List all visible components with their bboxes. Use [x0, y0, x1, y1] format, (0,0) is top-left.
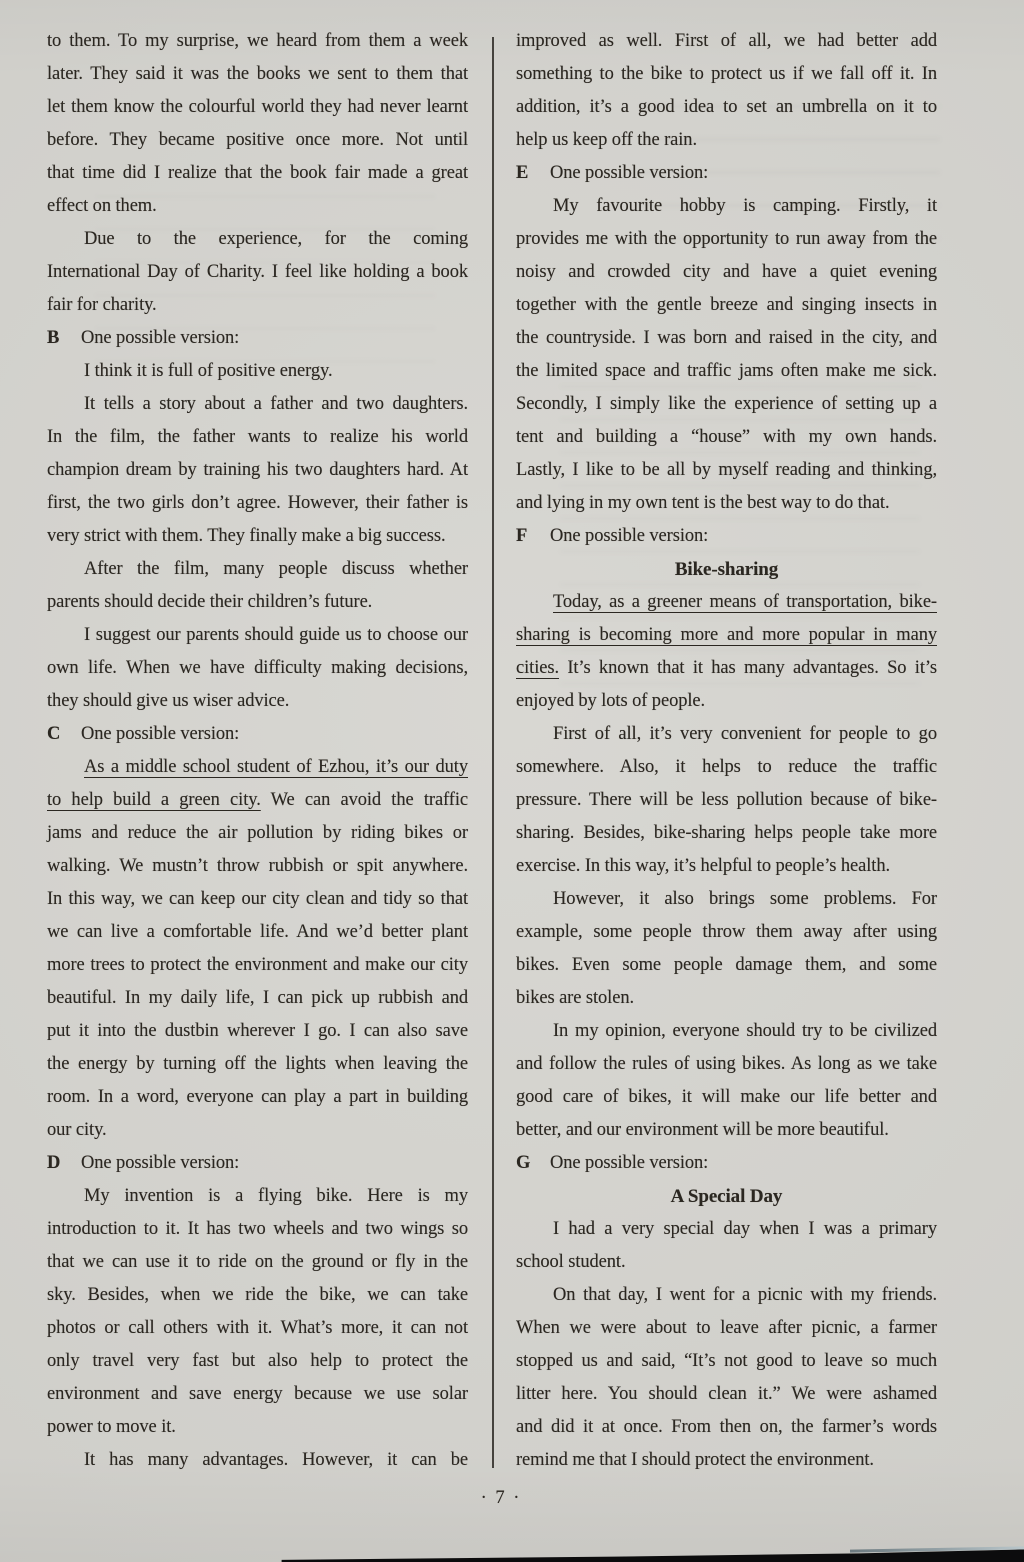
scan-edge-shadow — [0, 1544, 1024, 1562]
scan-edge-artifact — [0, 1544, 1024, 1562]
text-run: My favourite hobby is camping. Firstly, … — [553, 196, 937, 216]
text-line: sharing is becoming more and more popula… — [516, 619, 937, 652]
text-line: the countryside. I was born and raised i… — [516, 322, 937, 355]
page-number: · 7 · — [0, 1482, 1002, 1515]
text-run: tent and building a “house” with my own … — [516, 427, 937, 447]
text-run: and lying in my own tent is the best way… — [516, 493, 890, 513]
text-line: As a middle school student of Ezhou, it’… — [47, 751, 468, 784]
text-line: our city. — [47, 1114, 468, 1147]
text-run: stopped us and said, “It’s not good to l… — [516, 1351, 937, 1371]
text-run: the energy by turning off the lights whe… — [47, 1054, 468, 1074]
text-line: example, some people throw them away aft… — [516, 916, 937, 949]
text-run: something to the bike to protect us if w… — [516, 64, 937, 84]
text-line: first, the two girls don’t agree. Howeve… — [47, 487, 468, 520]
text-line: In my opinion, everyone should try to be… — [516, 1015, 937, 1048]
text-run: I suggest our parents should guide us to… — [84, 625, 468, 645]
text-line: I had a very special day when I was a pr… — [516, 1213, 937, 1246]
text-line: school student. — [516, 1246, 937, 1279]
text-run: remind me that I should protect the envi… — [516, 1450, 874, 1470]
section-label: B — [47, 322, 81, 355]
underlined-text: to help build a green city. — [47, 790, 261, 810]
text-line: Today, as a greener means of transportat… — [516, 586, 937, 619]
text-line: tent and building a “house” with my own … — [516, 421, 937, 454]
text-run: our city. — [47, 1120, 107, 1140]
text-line: I suggest our parents should guide us to… — [47, 619, 468, 652]
text-line: that time did I realize that the book fa… — [47, 157, 468, 190]
underlined-text: As a middle school student of Ezhou, it’… — [84, 757, 468, 777]
text-run: fair for charity. — [47, 295, 157, 315]
text-line: Lastly, I like to be all by myself readi… — [516, 454, 937, 487]
section-heading: BOne possible version: — [47, 322, 468, 355]
text-run: effect on them. — [47, 196, 157, 216]
text-line: more trees to protect the environment an… — [47, 949, 468, 982]
text-line: they should give us wiser advice. — [47, 685, 468, 718]
text-line: later. They said it was the books we sen… — [47, 58, 468, 91]
text-line: photos or call others with it. What’s mo… — [47, 1312, 468, 1345]
text-line: good care of bikes, it will make our lif… — [516, 1081, 937, 1114]
text-run: that time did I realize that the book fa… — [47, 163, 468, 183]
text-line: champion dream by training his two daugh… — [47, 454, 468, 487]
text-run: sky. Besides, when we ride the bike, we … — [47, 1285, 468, 1305]
text-run: first, the two girls don’t agree. Howeve… — [47, 493, 468, 513]
text-line: parents should decide their children’s f… — [47, 586, 468, 619]
section-label: G — [516, 1147, 550, 1180]
text-line: to help build a green city. We can avoid… — [47, 784, 468, 817]
text-line: the limited space and traffic jams often… — [516, 355, 937, 388]
text-run: we can live a comfortable life. And we’d… — [47, 922, 468, 942]
text-run: champion dream by training his two daugh… — [47, 460, 468, 480]
section-text: One possible version: — [81, 724, 239, 744]
text-line: stopped us and said, “It’s not good to l… — [516, 1345, 937, 1378]
section-text: One possible version: — [550, 163, 708, 183]
section-heading: DOne possible version: — [47, 1147, 468, 1180]
text-line: On that day, I went for a picnic with my… — [516, 1279, 937, 1312]
section-heading: GOne possible version: — [516, 1147, 937, 1180]
text-line: and follow the rules of using bikes. As … — [516, 1048, 937, 1081]
text-run: bikes. Even some people damage them, and… — [516, 955, 937, 975]
text-run: I had a very special day when I was a pr… — [553, 1219, 937, 1239]
text-line: help us keep off the rain. — [516, 124, 937, 157]
text-line: litter here. You should clean it.” We we… — [516, 1378, 937, 1411]
text-line: fair for charity. — [47, 289, 468, 322]
text-run: After the film, many people discuss whet… — [84, 559, 468, 579]
text-line: effect on them. — [47, 190, 468, 223]
text-line: My invention is a flying bike. Here is m… — [47, 1180, 468, 1213]
text-run: On that day, I went for a picnic with my… — [553, 1285, 937, 1305]
section-text: One possible version: — [81, 328, 239, 348]
text-run: more trees to protect the environment an… — [47, 955, 468, 975]
text-run: In my opinion, everyone should try to be… — [553, 1021, 937, 1041]
text-run: noisy and crowded city and have a quiet … — [516, 262, 937, 282]
text-line: Due to the experience, for the coming — [47, 223, 468, 256]
text-line: International Day of Charity. I feel lik… — [47, 256, 468, 289]
text-line: addition, it’s a good idea to set an umb… — [516, 91, 937, 124]
text-line: cities. It’s known that it has many adva… — [516, 652, 937, 685]
text-run: the countryside. I was born and raised i… — [516, 328, 937, 348]
text-line: something to the bike to protect us if w… — [516, 58, 937, 91]
text-line: bikes. Even some people damage them, and… — [516, 949, 937, 982]
text-line: before. They became positive once more. … — [47, 124, 468, 157]
text-line: only travel very fast but also help to p… — [47, 1345, 468, 1378]
section-label: C — [47, 718, 81, 751]
text-run: litter here. You should clean it.” We we… — [516, 1384, 937, 1404]
text-line: remind me that I should protect the envi… — [516, 1444, 937, 1477]
text-run: school student. — [516, 1252, 626, 1272]
text-line: introduction to it. It has two wheels an… — [47, 1213, 468, 1246]
section-heading: COne possible version: — [47, 718, 468, 751]
text-run: International Day of Charity. I feel lik… — [47, 262, 468, 282]
text-run: In the film, the father wants to realize… — [47, 427, 468, 447]
text-run: provides me with the opportunity to run … — [516, 229, 937, 249]
text-run: let them know the colourful world they h… — [47, 97, 468, 117]
text-run: own life. When we have difficulty making… — [47, 658, 468, 678]
text-run: sharing. Besides, bike-sharing helps peo… — [516, 823, 937, 843]
underlined-text: cities. — [516, 658, 559, 678]
text-run: pressure. There will be less pollution b… — [516, 790, 937, 810]
text-line: let them know the colourful world they h… — [47, 91, 468, 124]
text-line: However, it also brings some problems. F… — [516, 883, 937, 916]
text-run: later. They said it was the books we sen… — [47, 64, 468, 84]
text-run: and follow the rules of using bikes. As … — [516, 1054, 937, 1074]
text-run: that we can use it to ride on the ground… — [47, 1252, 468, 1272]
text-run: help us keep off the rain. — [516, 130, 697, 150]
left-column: to them. To my surprise, we heard from t… — [47, 25, 468, 1477]
text-line: room. In a word, everyone can play a par… — [47, 1081, 468, 1114]
text-run: In this way, we can keep our city clean … — [47, 889, 468, 909]
section-text: One possible version: — [81, 1153, 239, 1173]
text-line: very strict with them. They finally make… — [47, 520, 468, 553]
text-line: pressure. There will be less pollution b… — [516, 784, 937, 817]
text-run: very strict with them. They finally make… — [47, 526, 445, 546]
section-heading: EOne possible version: — [516, 157, 937, 190]
text-run: However, it also brings some problems. F… — [553, 889, 937, 909]
underlined-text: sharing is becoming more and more popula… — [516, 625, 937, 645]
text-line: to them. To my surprise, we heard from t… — [47, 25, 468, 58]
text-run: they should give us wiser advice. — [47, 691, 289, 711]
section-label: E — [516, 157, 550, 190]
text-run: It tells a story about a father and two … — [84, 394, 468, 414]
text-line: walking. We mustn’t throw rubbish or spi… — [47, 850, 468, 883]
text-run: It’s known that it has many advantages. … — [559, 658, 937, 678]
text-run: parents should decide their children’s f… — [47, 592, 372, 612]
text-line: exercise. In this way, it’s helpful to p… — [516, 850, 937, 883]
text-run: to them. To my surprise, we heard from t… — [47, 31, 468, 51]
text-run: together with the gentle breeze and sing… — [516, 295, 937, 315]
text-line: In the film, the father wants to realize… — [47, 421, 468, 454]
text-line: together with the gentle breeze and sing… — [516, 289, 937, 322]
text-line: I think it is full of positive energy. — [47, 355, 468, 388]
text-line: enjoyed by lots of people. — [516, 685, 937, 718]
scan-edge-highlight — [850, 1546, 1024, 1552]
text-run: I think it is full of positive energy. — [84, 361, 333, 381]
text-run: addition, it’s a good idea to set an umb… — [516, 97, 937, 117]
text-line: provides me with the opportunity to run … — [516, 223, 937, 256]
essay-title: A Special Day — [516, 1180, 937, 1213]
text-run: example, some people throw them away aft… — [516, 922, 937, 942]
text-run: walking. We mustn’t throw rubbish or spi… — [47, 856, 468, 876]
text-line: environment and save energy because we u… — [47, 1378, 468, 1411]
text-run: When we were about to leave after picnic… — [516, 1318, 937, 1338]
text-run: enjoyed by lots of people. — [516, 691, 705, 711]
text-line: It tells a story about a father and two … — [47, 388, 468, 421]
text-line: jams and reduce the air pollution by rid… — [47, 817, 468, 850]
text-run: and did it at once. From then on, the fa… — [516, 1417, 937, 1437]
text-line: beautiful. In my daily life, I can pick … — [47, 982, 468, 1015]
essay-title: Bike-sharing — [516, 553, 937, 586]
text-run: put it into the dustbin wherever I go. I… — [47, 1021, 468, 1041]
text-line: sky. Besides, when we ride the bike, we … — [47, 1279, 468, 1312]
text-line: First of all, it’s very convenient for p… — [516, 718, 937, 751]
text-run: room. In a word, everyone can play a par… — [47, 1087, 468, 1107]
section-heading: FOne possible version: — [516, 520, 937, 553]
text-line: My favourite hobby is camping. Firstly, … — [516, 190, 937, 223]
text-run: better, and our environment will be more… — [516, 1120, 889, 1140]
text-line: bikes are stolen. — [516, 982, 937, 1015]
text-run: bikes are stolen. — [516, 988, 634, 1008]
text-run: My invention is a flying bike. Here is m… — [84, 1186, 468, 1206]
text-run: First of all, it’s very convenient for p… — [553, 724, 937, 744]
text-line: After the film, many people discuss whet… — [47, 553, 468, 586]
text-line: put it into the dustbin wherever I go. I… — [47, 1015, 468, 1048]
text-line: better, and our environment will be more… — [516, 1114, 937, 1147]
text-line: In this way, we can keep our city clean … — [47, 883, 468, 916]
text-run: exercise. In this way, it’s helpful to p… — [516, 856, 890, 876]
text-run: environment and save energy because we u… — [47, 1384, 468, 1404]
text-line: the energy by turning off the lights whe… — [47, 1048, 468, 1081]
text-line: and lying in my own tent is the best way… — [516, 487, 937, 520]
text-line: we can live a comfortable life. And we’d… — [47, 916, 468, 949]
text-run: only travel very fast but also help to p… — [47, 1351, 468, 1371]
text-line: and did it at once. From then on, the fa… — [516, 1411, 937, 1444]
text-run: introduction to it. It has two wheels an… — [47, 1219, 468, 1239]
text-line: It has many advantages. However, it can … — [47, 1444, 468, 1477]
text-line: noisy and crowded city and have a quiet … — [516, 256, 937, 289]
text-line: own life. When we have difficulty making… — [47, 652, 468, 685]
underlined-text: Today, as a greener means of transportat… — [553, 592, 937, 612]
right-column: improved as well. First of all, we had b… — [516, 25, 937, 1477]
column-divider-rule — [492, 37, 494, 1468]
text-line: Secondly, I simply like the experience o… — [516, 388, 937, 421]
text-run: jams and reduce the air pollution by rid… — [47, 823, 468, 843]
text-line: that we can use it to ride on the ground… — [47, 1246, 468, 1279]
text-run: It has many advantages. However, it can … — [84, 1450, 468, 1470]
text-run: Lastly, I like to be all by myself readi… — [516, 460, 937, 480]
text-line: improved as well. First of all, we had b… — [516, 25, 937, 58]
text-run: photos or call others with it. What’s mo… — [47, 1318, 468, 1338]
text-run: Due to the experience, for the coming — [84, 229, 468, 249]
text-run: improved as well. First of all, we had b… — [516, 31, 937, 51]
text-run: good care of bikes, it will make our lif… — [516, 1087, 937, 1107]
text-line: When we were about to leave after picnic… — [516, 1312, 937, 1345]
text-line: power to move it. — [47, 1411, 468, 1444]
text-line: sharing. Besides, bike-sharing helps peo… — [516, 817, 937, 850]
section-label: F — [516, 520, 550, 553]
text-run: beautiful. In my daily life, I can pick … — [47, 988, 468, 1008]
section-text: One possible version: — [550, 1153, 708, 1173]
text-run: the limited space and traffic jams often… — [516, 361, 937, 381]
text-line: somewhere. Also, it helps to reduce the … — [516, 751, 937, 784]
text-run: before. They became positive once more. … — [47, 130, 468, 150]
section-label: D — [47, 1147, 81, 1180]
text-run: somewhere. Also, it helps to reduce the … — [516, 757, 937, 777]
section-text: One possible version: — [550, 526, 708, 546]
text-run: power to move it. — [47, 1417, 176, 1437]
text-run: We can avoid the traffic — [261, 790, 468, 810]
text-run: Secondly, I simply like the experience o… — [516, 394, 937, 414]
